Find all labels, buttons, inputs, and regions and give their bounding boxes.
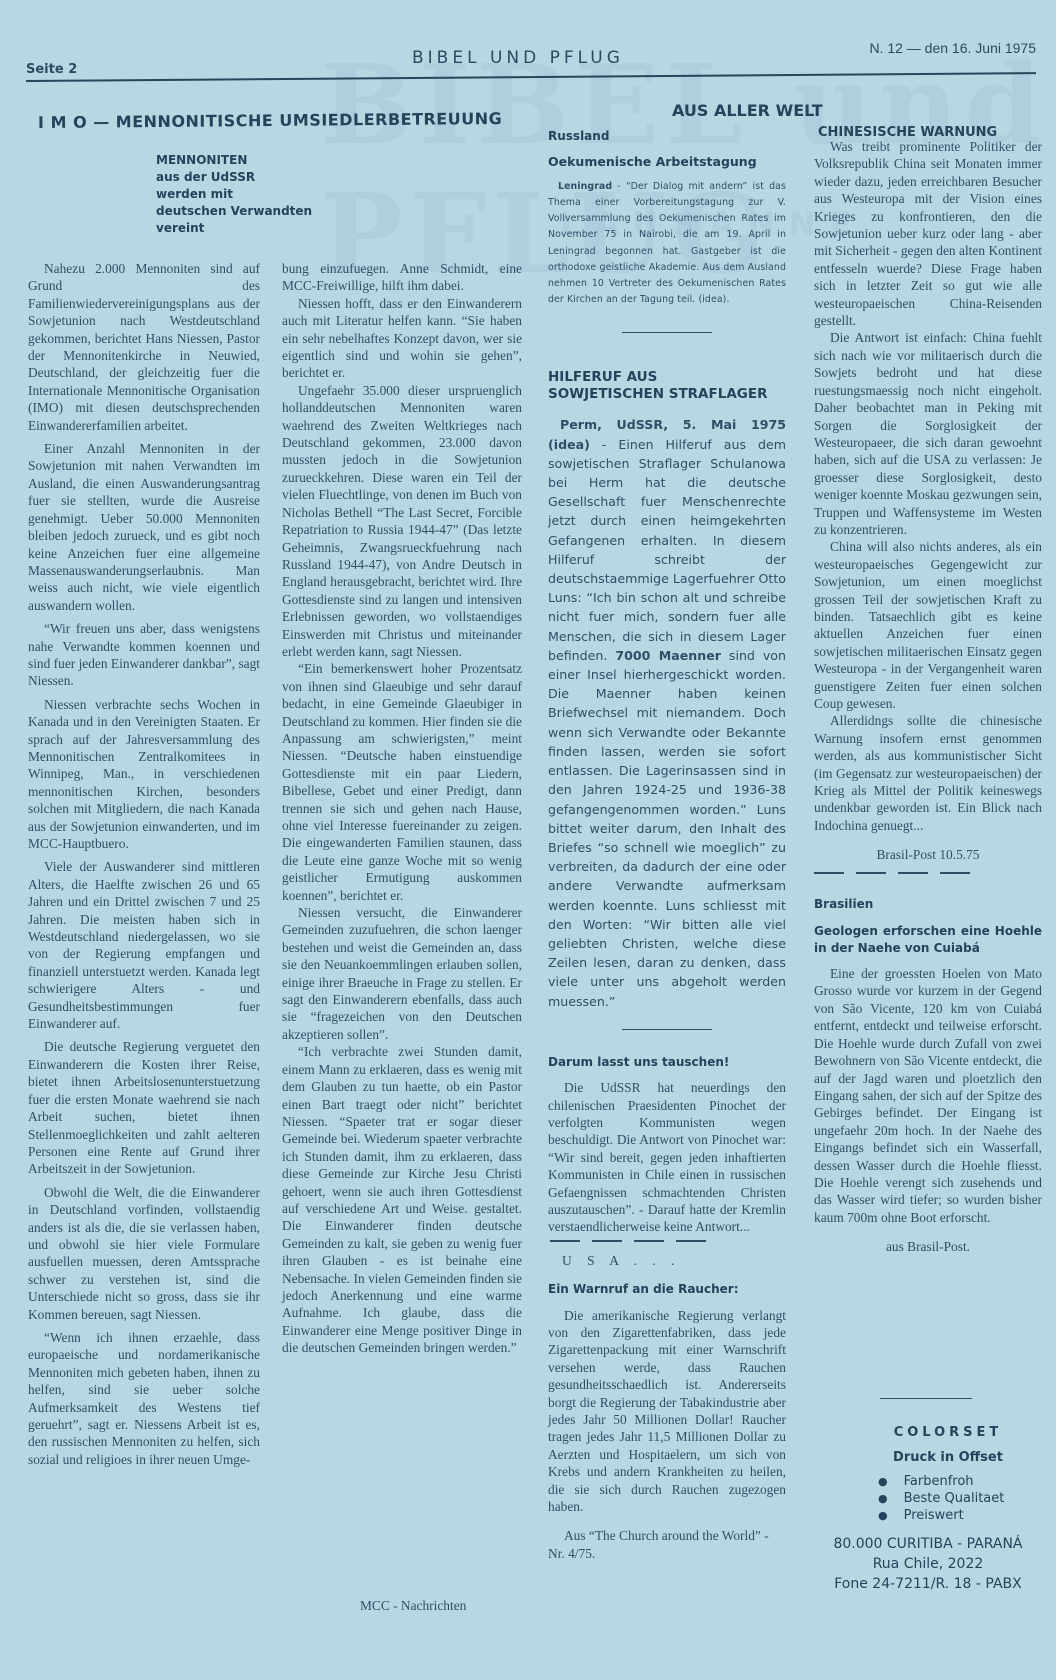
paragraph: Was treibt prominente Politiker der Volk… — [814, 138, 1042, 329]
hilferuf-headline: HILFERUF AUSSOWJETISCHEN STRAFLAGER — [548, 369, 786, 403]
paragraph: Viele der Auswanderer sind mittleren Alt… — [28, 858, 260, 1032]
paragraph: Niessen hofft, dass er den Einwanderern … — [282, 295, 522, 382]
ad-tagline: Druck in Offset — [850, 1450, 1046, 1465]
paragraph: China will also nichts anderes, als ein … — [814, 538, 1042, 712]
paragraph: Allerdidngs sollte die chinesische Warnu… — [814, 712, 1042, 834]
dashed-divider — [550, 1240, 786, 1242]
colorset-advertisement: COLORSET Druck in Offset Farbenfroh Best… — [810, 1425, 1046, 1594]
section-heading: AUS ALLER WELT — [672, 101, 823, 120]
paragraph: “Wenn ich ihnen erzaehle, dass europaeis… — [28, 1329, 260, 1468]
paragraph: Niessen verbrachte sechs Wochen in Kanad… — [28, 696, 260, 853]
china-column: Was treibt prominente Politiker der Volk… — [814, 138, 1042, 1262]
ad-bullet: Farbenfroh — [878, 1473, 1046, 1490]
country-label-usa: U S A . . . — [548, 1252, 786, 1269]
divider — [622, 332, 712, 333]
divider — [880, 1398, 972, 1399]
usa-headline: Ein Warnruf an die Raucher: — [548, 1281, 786, 1298]
brasilien-source: aus Brasil-Post. — [814, 1238, 1042, 1255]
ad-address-street: Rua Chile, 2022 — [810, 1554, 1046, 1574]
paragraph: “Wir freuen uns aber, dass wenigstens na… — [28, 620, 260, 690]
china-source: Brasil-Post 10.5.75 — [814, 846, 1042, 863]
paragraph: Obwohl die Welt, die die Einwanderer in … — [28, 1184, 260, 1323]
masthead: Seite 2 BIBEL UND PFLUG N. 12 — den 16. … — [26, 40, 1036, 84]
imo-headline: I M O — MENNONITISCHE UMSIEDLERBETREUUNG — [38, 109, 502, 132]
world-news-column: Russland Oekumenische Arbeitstagung Leni… — [548, 128, 786, 1568]
tauschen-body: Die UdSSR hat neuerdings den chilenische… — [548, 1079, 786, 1236]
ad-brand: COLORSET — [850, 1425, 1046, 1440]
divider — [622, 1029, 712, 1030]
paragraph: Nahezu 2.000 Mennoniten sind auf Grund d… — [28, 260, 260, 434]
ad-bullet: Beste Qualitaet — [878, 1490, 1046, 1507]
issue-date: N. 12 — den 16. Juni 1975 — [869, 40, 1036, 56]
newspaper-page: BIBEL und PFLUG LAUSANNE Seite 2 BIBEL U… — [0, 0, 1056, 1680]
ad-phone: Fone 24-7211/R. 18 - PABX — [810, 1574, 1046, 1594]
masthead-rule — [26, 72, 1036, 82]
russland-headline: Oekumenische Arbeitstagung — [548, 153, 786, 170]
paragraph: “Ein bemerkenswert hoher Prozentsatz von… — [282, 660, 522, 904]
paragraph: “Ich verbrachte zwei Stunden damit, eine… — [282, 1043, 522, 1356]
ad-bullet-list: Farbenfroh Beste Qualitaet Preiswert — [878, 1473, 1046, 1524]
country-label-brasilien: Brasilien — [814, 896, 1042, 913]
imo-article-column-1: Nahezu 2.000 Mennoniten sind auf Grund d… — [28, 260, 260, 1474]
publication-title: BIBEL UND PFLUG — [412, 48, 624, 68]
page-number: Seite 2 — [26, 62, 77, 77]
imo-subhead: MENNONITEN aus der UdSSR werden mit deut… — [156, 152, 312, 237]
ad-bullet: Preiswert — [878, 1507, 1046, 1524]
imo-source: MCC - Nachrichten — [360, 1598, 466, 1614]
brasilien-headline: Geologen erforschen eine Hoehle in der N… — [814, 923, 1042, 957]
russland-body: Leningrad - “Der Dialog mit andern” ist … — [548, 179, 786, 309]
ad-address-city: 80.000 CURITIBA - PARANÁ — [810, 1534, 1046, 1554]
paragraph: Niessen versucht, die Einwanderer Gemein… — [282, 904, 522, 1043]
hilferuf-body: Perm, UdSSR, 5. Mai 1975 (idea) - Einen … — [548, 415, 786, 1010]
usa-source: Aus “The Church around the World” - Nr. … — [548, 1527, 786, 1562]
paragraph: Die Antwort ist einfach: China fuehlt si… — [814, 329, 1042, 538]
paragraph: bung einzufuegen. Anne Schmidt, eine MCC… — [282, 260, 522, 295]
paragraph: Die deutsche Regierung verguetet den Ein… — [28, 1038, 260, 1177]
brasilien-body: Eine der groessten Hoelen von Mato Gross… — [814, 965, 1042, 1226]
paragraph: Ungefaehr 35.000 dieser urspruenglich ho… — [282, 382, 522, 661]
usa-body: Die amerikanische Regierung verlangt von… — [548, 1307, 786, 1516]
country-label-russland: Russland — [548, 128, 786, 145]
dashed-divider — [814, 872, 1042, 874]
imo-article-column-2: bung einzufuegen. Anne Schmidt, eine MCC… — [282, 260, 522, 1357]
tauschen-headline: Darum lasst uns tauschen! — [548, 1054, 786, 1071]
paragraph: Einer Anzahl Mennoniten in der Sowjetuni… — [28, 440, 260, 614]
